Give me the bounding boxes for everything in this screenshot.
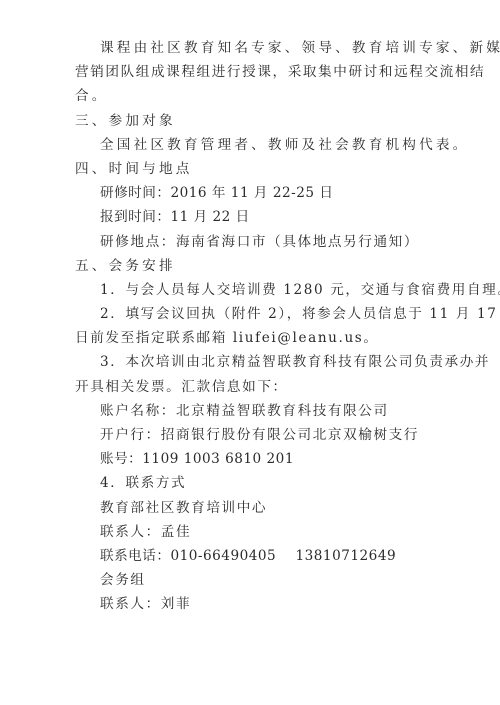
registration-item-line-1: 2．填写会议回执（附件 2），将参会人员信息于 11 月 17 — [75, 302, 445, 326]
registration-item-line-2: 日前发至指定联系邮箱 liufei@leanu.us。 — [75, 326, 445, 350]
organization-name: 教育部社区教育培训中心 — [75, 496, 445, 520]
account-number: 账号：1109 1003 6810 201 — [75, 447, 445, 471]
fee-item: 1．与会人员每人交培训费 1280 元，交通与食宿费用自理。 — [75, 278, 445, 302]
intro-line-3: 合。 — [75, 84, 445, 108]
intro-line-1: 课程由社区教育知名专家、领导、教育培训专家、新媒体 — [75, 36, 445, 60]
section-3-heading: 三、参加对象 — [75, 109, 445, 133]
study-location: 研修地点：海南省海口市（具体地点另行通知） — [75, 230, 445, 254]
intro-line-2: 营销团队组成课程组进行授课，采取集中研讨和远程交流相结 — [75, 60, 445, 84]
invoice-item-line-2: 开具相关发票。汇款信息如下： — [75, 375, 445, 399]
study-time: 研修时间：2016 年 11 月 22-25 日 — [75, 181, 445, 205]
invoice-item-line-1: 3．本次培训由北京精益智联教育科技有限公司负责承办并 — [75, 350, 445, 374]
section-4-heading: 四、时间与地点 — [75, 157, 445, 181]
bank-name: 开户行：招商银行股份有限公司北京双榆树支行 — [75, 423, 445, 447]
meeting-group: 会务组 — [75, 568, 445, 592]
section-3-body: 全国社区教育管理者、教师及社会教育机构代表。 — [75, 133, 445, 157]
contact-person-1: 联系人：孟佳 — [75, 520, 445, 544]
contact-person-2: 联系人：刘菲 — [75, 592, 445, 616]
checkin-time: 报到时间：11 月 22 日 — [75, 205, 445, 229]
section-5-heading: 五、会务安排 — [75, 254, 445, 278]
document-page: 课程由社区教育知名专家、领导、教育培训专家、新媒体 营销团队组成课程组进行授课，… — [75, 36, 445, 617]
contact-heading: 4．联系方式 — [75, 471, 445, 495]
account-name: 账户名称：北京精益智联教育科技有限公司 — [75, 399, 445, 423]
contact-phone: 联系电话：010-66490405 13810712649 — [75, 544, 445, 568]
